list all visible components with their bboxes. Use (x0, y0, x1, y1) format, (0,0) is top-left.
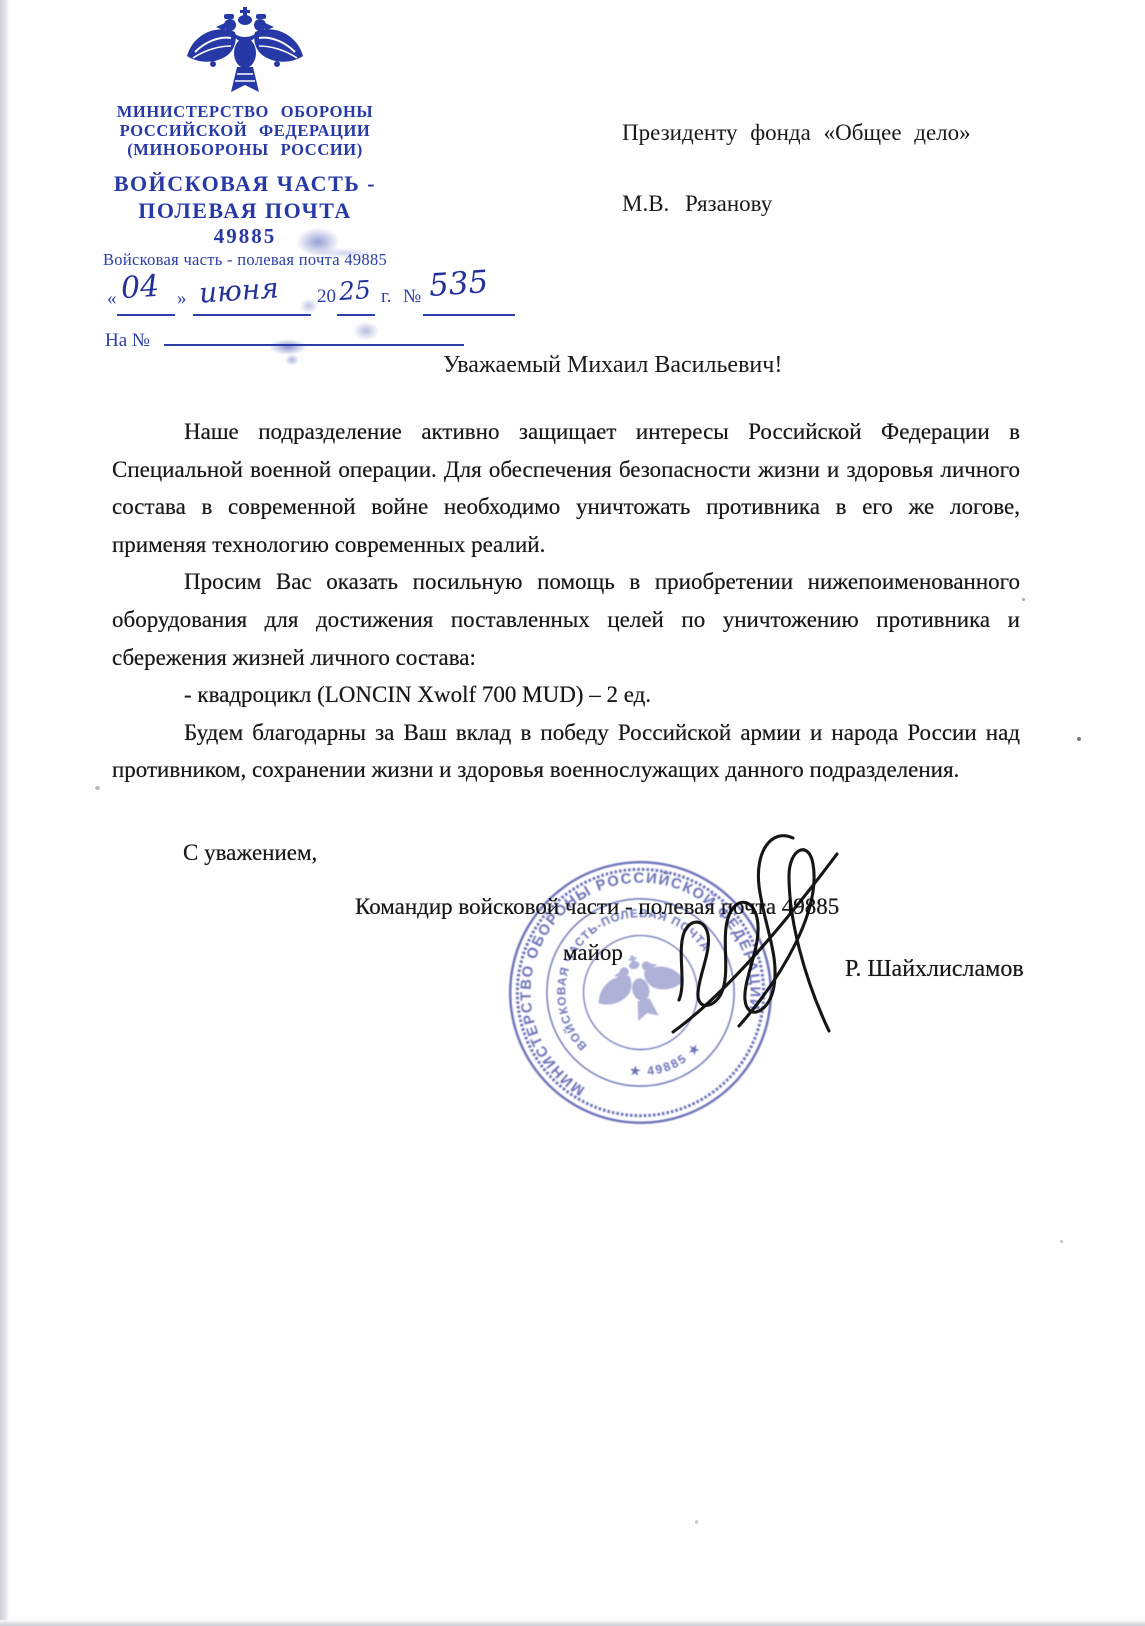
paragraph-1: Наше подразделение активно защищает инте… (112, 413, 1020, 563)
unit-line2: ПОЛЕВАЯ ПОЧТА (70, 197, 420, 224)
ink-smudge (282, 352, 302, 368)
stamp-number-text: ★ 49885 ★ (624, 1037, 708, 1084)
handwritten-year: 25 (338, 275, 372, 306)
paragraph-2: Просим Вас оказать посильную помощь в пр… (112, 563, 1020, 676)
dust-speck (695, 1520, 698, 1524)
date-underline (337, 314, 375, 316)
handwritten-day: 04 (120, 269, 161, 307)
unit-line1: ВОЙСКОВАЯ ЧАСТЬ - (70, 170, 420, 197)
addressee-block: Президенту фонда «Общее дело» М.В. Рязан… (622, 120, 971, 217)
close-quote: » (177, 288, 187, 310)
salutation: Уважаемый Михаил Васильевич! (443, 352, 782, 379)
svg-text:★ 49885 ★: ★ 49885 ★ (624, 1037, 708, 1084)
addressee-name: М.В. Рязанову (622, 191, 971, 217)
date-underline (117, 314, 175, 316)
letterhead: МИНИСТЕРСТВО ОБОРОНЫ РОССИЙСКОЙ ФЕДЕРАЦИ… (70, 6, 420, 248)
year-suffix: г. (381, 286, 391, 308)
na-label: На № (105, 330, 150, 351)
number-sign: № (403, 286, 421, 308)
dust-speck (95, 786, 100, 790)
paragraph-3: Будем благодарны за Ваш вклад в победу Р… (112, 714, 1020, 789)
letter-body: Наше подразделение активно защищает инте… (112, 413, 1020, 789)
date-underline (193, 314, 311, 316)
handwritten-month: июня (198, 271, 280, 309)
addressee-title: Президенту фонда «Общее дело» (622, 120, 971, 146)
open-quote: « (107, 288, 117, 310)
handwritten-number: 535 (428, 264, 490, 304)
equipment-item: - квадроцикл (LONCIN Xwolf 700 MUD) – 2 … (112, 676, 1020, 714)
handwritten-signature (645, 826, 840, 1041)
unit-number: 49885 (70, 224, 420, 248)
ministry-line1: МИНИСТЕРСТВО ОБОРОНЫ (70, 102, 420, 121)
dust-speck (1022, 598, 1025, 601)
ink-smudge (348, 318, 384, 344)
scan-edge-left (0, 0, 9, 1626)
ministry-line3: (МИНОБОРОНЫ РОССИИ) (70, 140, 420, 159)
dust-speck (1077, 737, 1081, 741)
na-underline (164, 326, 464, 346)
dust-speck (1060, 1240, 1063, 1243)
ministry-line2: РОССИЙСКОЙ ФЕДЕРАЦИИ (70, 121, 420, 140)
mod-double-eagle-emblem-icon (185, 6, 305, 98)
signer-name: Р. Шайхлисламов (845, 956, 1024, 983)
date-underline (423, 314, 515, 316)
scanned-letter-page: МИНИСТЕРСТВО ОБОРОНЫ РОССИЙСКОЙ ФЕДЕРАЦИ… (0, 0, 1145, 1626)
scan-edge-bottom (0, 1620, 1145, 1626)
ink-smudge (296, 296, 322, 316)
closing: С уважением, (183, 840, 317, 866)
ink-smudge (300, 246, 390, 260)
